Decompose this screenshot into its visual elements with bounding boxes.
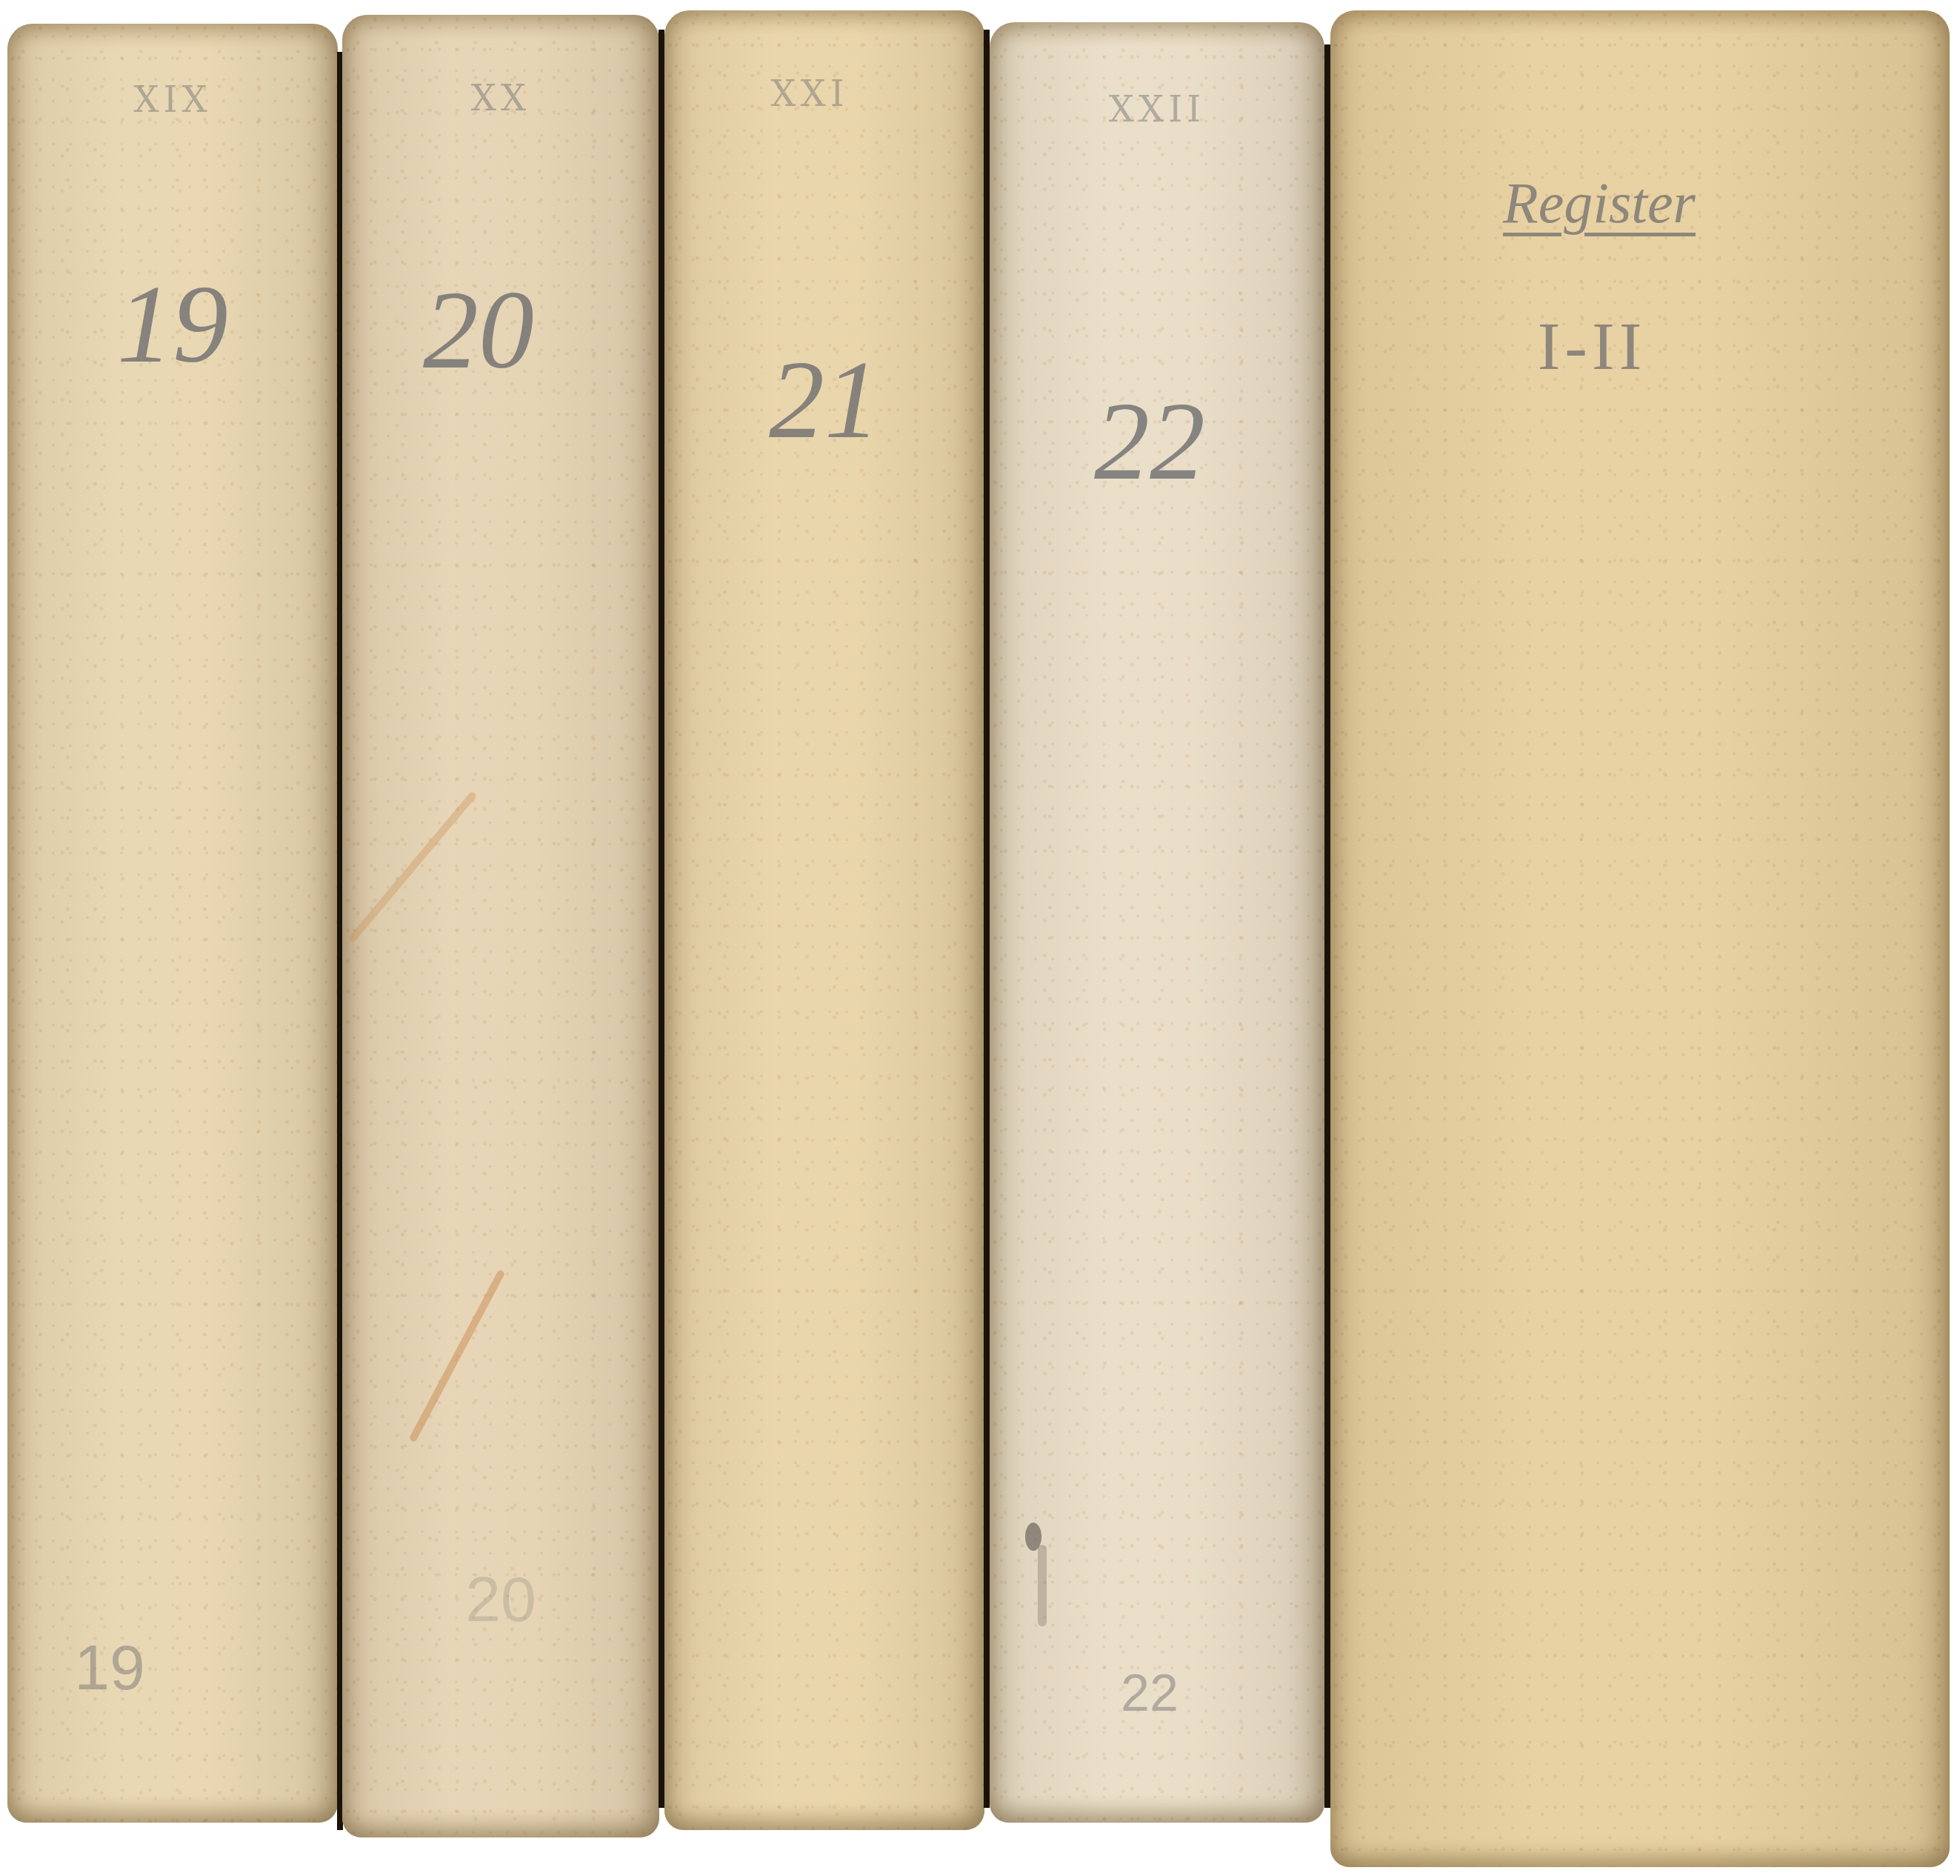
book-spine-volume-21: XXI 21: [664, 10, 984, 1830]
spine-volume-range: I-II: [1330, 307, 1950, 385]
spine-volume-number: 19: [7, 261, 338, 388]
book-spine-volume-19: XIX 19 19: [7, 24, 338, 1823]
book-gap: [984, 30, 990, 1808]
spine-bottom-number: 20: [342, 1563, 659, 1637]
stain-mark: [348, 791, 478, 943]
spine-roman-numeral: XIX: [7, 79, 338, 121]
spine-volume-number: 22: [990, 378, 1324, 505]
spine-bottom-number: 19: [7, 1631, 338, 1705]
spine-volume-number: 20: [342, 267, 659, 394]
stain-mark: [409, 1269, 506, 1443]
spine-roman-numeral: XXII: [990, 89, 1324, 130]
spine-bottom-number: 22: [990, 1663, 1324, 1723]
book-gap: [1324, 44, 1330, 1808]
book-spine-volume-22: XXII 22 22: [990, 22, 1324, 1823]
spine-volume-number: 21: [664, 336, 984, 464]
spine-register-title: Register: [1330, 170, 1950, 236]
book-spine-volume-20: XX 20 20: [342, 15, 659, 1837]
book-gap: [659, 30, 664, 1808]
book-spine-register: Register I-II: [1330, 10, 1950, 1867]
spine-roman-numeral: XX: [342, 78, 659, 119]
stain-mark: [1038, 1545, 1047, 1626]
spine-roman-numeral: XXI: [664, 73, 984, 115]
